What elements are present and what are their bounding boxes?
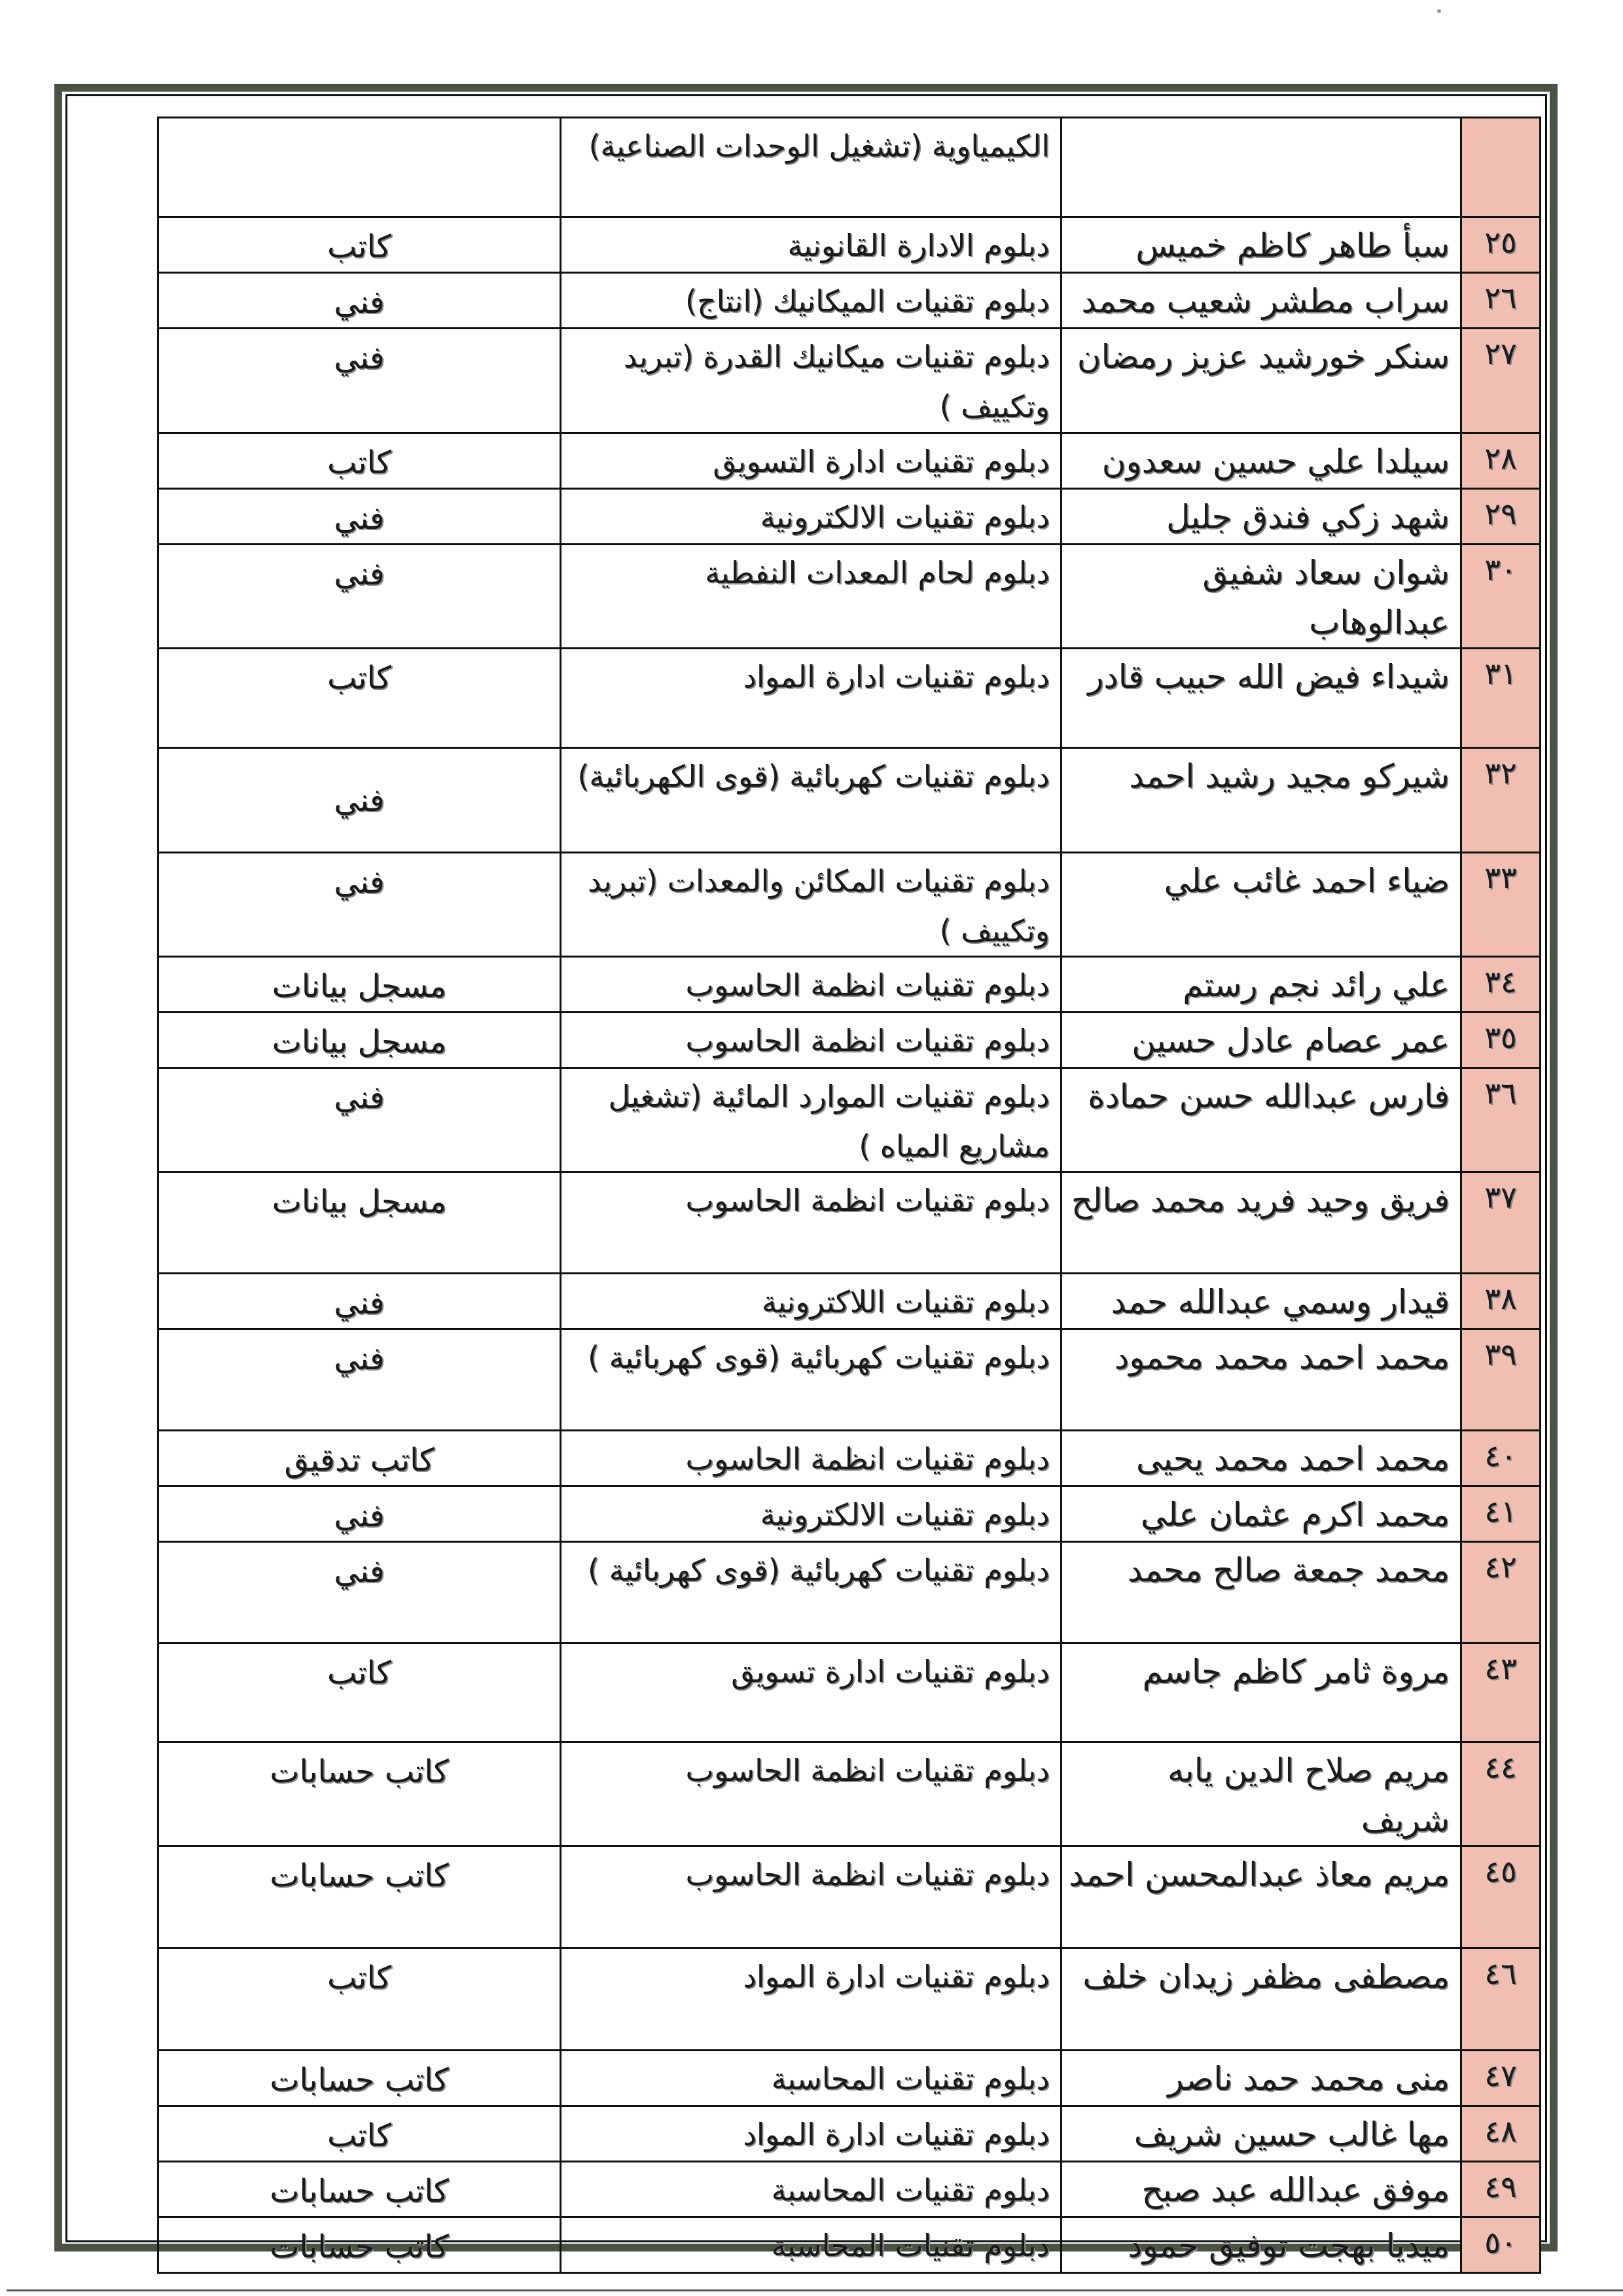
table-row: ٥٠ ميديا بهجت توفيق حمود دبلوم تقنيات ال… [158, 2217, 1541, 2273]
table-row: ٤٢ محمد جمعة صالح محمد دبلوم تقنيات كهرب… [158, 1542, 1541, 1643]
job-title-cell: كاتب [158, 2106, 561, 2162]
table-row: ٤٣ مروة ثامر كاظم جاسم دبلوم تقنيات ادار… [158, 1643, 1541, 1742]
certificate-cell: دبلوم تقنيات الموارد المائية (تشغيل مشار… [561, 1068, 1061, 1172]
job-title-cell: فني [158, 545, 561, 649]
table-row: ٣٦ فارس عبدالله حسن حمادة دبلوم تقنيات ا… [158, 1068, 1541, 1172]
job-title-cell: كاتب [158, 433, 561, 489]
name-cell: محمد احمد محمد يحيى [1061, 1431, 1461, 1486]
job-title-cell: فني [158, 329, 561, 433]
row-number-cell: ٤١ [1461, 1486, 1541, 1542]
table-row: ٣٠ شوان سعاد شفيق عبدالوهاب دبلوم لحام ا… [158, 545, 1541, 649]
name-cell: ضياء احمد غائب علي [1061, 853, 1461, 957]
name-cell: سيلدا علي حسين سعدون [1061, 433, 1461, 489]
row-number-cell: ٢٨ [1461, 433, 1541, 489]
row-number-cell: ٤٦ [1461, 1948, 1541, 2051]
row-number-cell: ٣٣ [1461, 853, 1541, 957]
certificate-cell: دبلوم تقنيات انظمة الحاسوب [561, 1172, 1061, 1274]
row-number-cell: ٥٠ [1461, 2217, 1541, 2273]
job-title-cell: فني [158, 1329, 561, 1431]
table-row: ٤٤ مريم صلاح الدين يابه شريف دبلوم تقنيا… [158, 1742, 1541, 1846]
name-cell: فريق وحيد فريد محمد صالح [1061, 1172, 1461, 1274]
name-cell: فارس عبدالله حسن حمادة [1061, 1068, 1461, 1172]
certificate-cell: دبلوم تقنيات انظمة الحاسوب [561, 1013, 1061, 1068]
name-cell: علي رائد نجم رستم [1061, 957, 1461, 1013]
table-row: ٣٢ شيركو مجيد رشيد احمد دبلوم تقنيات كهر… [158, 748, 1541, 853]
name-cell: سراب مطشر شعيب محمد [1061, 273, 1461, 329]
certificate-cell: دبلوم تقنيات المحاسبة [561, 2162, 1061, 2217]
certificate-cell: دبلوم تقنيات ادارة التسويق [561, 433, 1061, 489]
name-cell: شيداء فيض الله حبيب قادر [1061, 649, 1461, 748]
row-number-cell: ٢٩ [1461, 489, 1541, 545]
table-row: ٤٦ مصطفى مظفر زيدان خلف دبلوم تقنيات ادا… [158, 1948, 1541, 2051]
job-title-cell: كاتب [158, 1948, 561, 2051]
employee-roster-table: الكيمياوية (تشغيل الوحدات الصناعية) ٢٥ س… [157, 117, 1541, 2274]
row-number-cell: ٢٦ [1461, 273, 1541, 329]
table-row: ٣٧ فريق وحيد فريد محمد صالح دبلوم تقنيات… [158, 1172, 1541, 1274]
job-title-cell: كاتب حسابات [158, 2217, 561, 2273]
table-row: ٣٥ عمر عصام عادل حسين دبلوم تقنيات انظمة… [158, 1013, 1541, 1068]
name-cell: شيركو مجيد رشيد احمد [1061, 748, 1461, 853]
table-row: ٣٤ علي رائد نجم رستم دبلوم تقنيات انظمة … [158, 957, 1541, 1013]
name-cell: عمر عصام عادل حسين [1061, 1013, 1461, 1068]
job-title-cell: مسجل بيانات [158, 1172, 561, 1274]
table-row: ٤٨ مها غالب حسين شريف دبلوم تقنيات ادارة… [158, 2106, 1541, 2162]
certificate-cell: دبلوم تقنيات المحاسبة [561, 2051, 1061, 2106]
certificate-cell: دبلوم تقنيات انظمة الحاسوب [561, 957, 1061, 1013]
job-title-cell: كاتب [158, 1643, 561, 1742]
row-number-cell: ٤٩ [1461, 2162, 1541, 2217]
name-cell: محمد جمعة صالح محمد [1061, 1542, 1461, 1643]
certificate-cell: دبلوم تقنيات المحاسبة [561, 2217, 1061, 2273]
certificate-cell: دبلوم تقنيات ميكانيك القدرة (تبريد وتكيي… [561, 329, 1061, 433]
certificate-cell: دبلوم تقنيات انظمة الحاسوب [561, 1742, 1061, 1846]
job-title-cell: مسجل بيانات [158, 1013, 561, 1068]
job-title-cell: فني [158, 748, 561, 853]
row-number-cell: ٣٠ [1461, 545, 1541, 649]
certificate-cell: دبلوم تقنيات كهربائية (قوى الكهربائية) [561, 748, 1061, 853]
job-title-cell: فني [158, 1274, 561, 1329]
certificate-cell: دبلوم تقنيات ادارة المواد [561, 2106, 1061, 2162]
row-number-cell: ٤٧ [1461, 2051, 1541, 2106]
row-number-cell: ٣٩ [1461, 1329, 1541, 1431]
job-title-cell: كاتب [158, 649, 561, 748]
certificate-cell: دبلوم تقنيات انظمة الحاسوب [561, 1846, 1061, 1948]
job-title-cell: كاتب حسابات [158, 2162, 561, 2217]
certificate-cell: دبلوم تقنيات ادارة المواد [561, 1948, 1061, 2051]
certificate-cell: الكيمياوية (تشغيل الوحدات الصناعية) [561, 118, 1061, 217]
scan-artifact [1437, 9, 1441, 13]
name-cell: شوان سعاد شفيق عبدالوهاب [1061, 545, 1461, 649]
job-title-cell: فني [158, 489, 561, 545]
job-title-cell: كاتب حسابات [158, 1742, 561, 1846]
table-row: ٣٩ محمد احمد محمد محمود دبلوم تقنيات كهر… [158, 1329, 1541, 1431]
certificate-cell: دبلوم لحام المعدات النفطية [561, 545, 1061, 649]
certificate-cell: دبلوم تقنيات ادارة تسويق [561, 1643, 1061, 1742]
certificate-cell: دبلوم تقنيات ادارة المواد [561, 649, 1061, 748]
name-cell [1061, 118, 1461, 217]
name-cell: مروة ثامر كاظم جاسم [1061, 1643, 1461, 1742]
row-number-cell: ٢٧ [1461, 329, 1541, 433]
row-number-cell: ٢٥ [1461, 217, 1541, 273]
certificate-cell: دبلوم تقنيات الميكانيك (انتاج) [561, 273, 1061, 329]
name-cell: مريم صلاح الدين يابه شريف [1061, 1742, 1461, 1846]
row-number-cell: ٣٤ [1461, 957, 1541, 1013]
job-title-cell: كاتب [158, 217, 561, 273]
job-title-cell: كاتب تدقيق [158, 1431, 561, 1486]
name-cell: شهد زكي فندق جليل [1061, 489, 1461, 545]
table-row: ٣٨ قيدار وسمي عبدالله حمد دبلوم تقنيات ا… [158, 1274, 1541, 1329]
row-number-cell: ٤٥ [1461, 1846, 1541, 1948]
table-row: ٢٦ سراب مطشر شعيب محمد دبلوم تقنيات المي… [158, 273, 1541, 329]
row-number-cell [1461, 118, 1541, 217]
table-row: ٣٣ ضياء احمد غائب علي دبلوم تقنيات المكا… [158, 853, 1541, 957]
table-row-continuation: الكيمياوية (تشغيل الوحدات الصناعية) [158, 118, 1541, 217]
name-cell: محمد احمد محمد محمود [1061, 1329, 1461, 1431]
row-number-cell: ٣١ [1461, 649, 1541, 748]
row-number-cell: ٤٨ [1461, 2106, 1541, 2162]
row-number-cell: ٣٨ [1461, 1274, 1541, 1329]
certificate-cell: دبلوم تقنيات الالكترونية [561, 489, 1061, 545]
row-number-cell: ٤٢ [1461, 1542, 1541, 1643]
name-cell: موفق عبدالله عبد صبح [1061, 2162, 1461, 2217]
name-cell: سنكر خورشيد عزيز رمضان [1061, 329, 1461, 433]
certificate-cell: دبلوم تقنيات اللاكترونية [561, 1274, 1061, 1329]
certificate-cell: دبلوم تقنيات كهربائية (قوى كهربائية ) [561, 1542, 1061, 1643]
name-cell: محمد اكرم عثمان علي [1061, 1486, 1461, 1542]
table-row: ٢٩ شهد زكي فندق جليل دبلوم تقنيات الالكت… [158, 489, 1541, 545]
table-row: ٤٠ محمد احمد محمد يحيى دبلوم تقنيات انظم… [158, 1431, 1541, 1486]
job-title-cell: كاتب حسابات [158, 1846, 561, 1948]
certificate-cell: دبلوم تقنيات انظمة الحاسوب [561, 1431, 1061, 1486]
job-title-cell: فني [158, 853, 561, 957]
certificate-cell: دبلوم تقنيات الالكترونية [561, 1486, 1061, 1542]
table-row: ٤٧ منى محمد حمد ناصر دبلوم تقنيات المحاس… [158, 2051, 1541, 2106]
name-cell: سبأ طاهر كاظم خميس [1061, 217, 1461, 273]
table-row: ٣١ شيداء فيض الله حبيب قادر دبلوم تقنيات… [158, 649, 1541, 748]
certificate-cell: دبلوم الادارة القانونية [561, 217, 1061, 273]
name-cell: قيدار وسمي عبدالله حمد [1061, 1274, 1461, 1329]
job-title-cell: فني [158, 1486, 561, 1542]
job-title-cell: كاتب حسابات [158, 2051, 561, 2106]
name-cell: مريم معاذ عبدالمحسن احمد [1061, 1846, 1461, 1948]
name-cell: مها غالب حسين شريف [1061, 2106, 1461, 2162]
row-number-cell: ٣٥ [1461, 1013, 1541, 1068]
row-number-cell: ٤٣ [1461, 1643, 1541, 1742]
table-row: ٤١ محمد اكرم عثمان علي دبلوم تقنيات الال… [158, 1486, 1541, 1542]
table-row: ٢٨ سيلدا علي حسين سعدون دبلوم تقنيات ادا… [158, 433, 1541, 489]
job-title-cell: مسجل بيانات [158, 957, 561, 1013]
table-row: ٢٧ سنكر خورشيد عزيز رمضان دبلوم تقنيات م… [158, 329, 1541, 433]
row-number-cell: ٤٤ [1461, 1742, 1541, 1846]
job-title-cell: فني [158, 1542, 561, 1643]
job-title-cell [158, 118, 561, 217]
job-title-cell: فني [158, 1068, 561, 1172]
name-cell: ميديا بهجت توفيق حمود [1061, 2217, 1461, 2273]
row-number-cell: ٣٢ [1461, 748, 1541, 853]
name-cell: منى محمد حمد ناصر [1061, 2051, 1461, 2106]
name-cell: مصطفى مظفر زيدان خلف [1061, 1948, 1461, 2051]
table-row: ٢٥ سبأ طاهر كاظم خميس دبلوم الادارة القا… [158, 217, 1541, 273]
job-title-cell: فني [158, 273, 561, 329]
certificate-cell: دبلوم تقنيات كهربائية (قوى كهربائية ) [561, 1329, 1061, 1431]
certificate-cell: دبلوم تقنيات المكائن والمعدات (تبريد وتك… [561, 853, 1061, 957]
row-number-cell: ٣٦ [1461, 1068, 1541, 1172]
table-row: ٤٥ مريم معاذ عبدالمحسن احمد دبلوم تقنيات… [158, 1846, 1541, 1948]
scan-bottom-rule [7, 2289, 1623, 2291]
row-number-cell: ٤٠ [1461, 1431, 1541, 1486]
row-number-cell: ٣٧ [1461, 1172, 1541, 1274]
table-row: ٤٩ موفق عبدالله عبد صبح دبلوم تقنيات الم… [158, 2162, 1541, 2217]
